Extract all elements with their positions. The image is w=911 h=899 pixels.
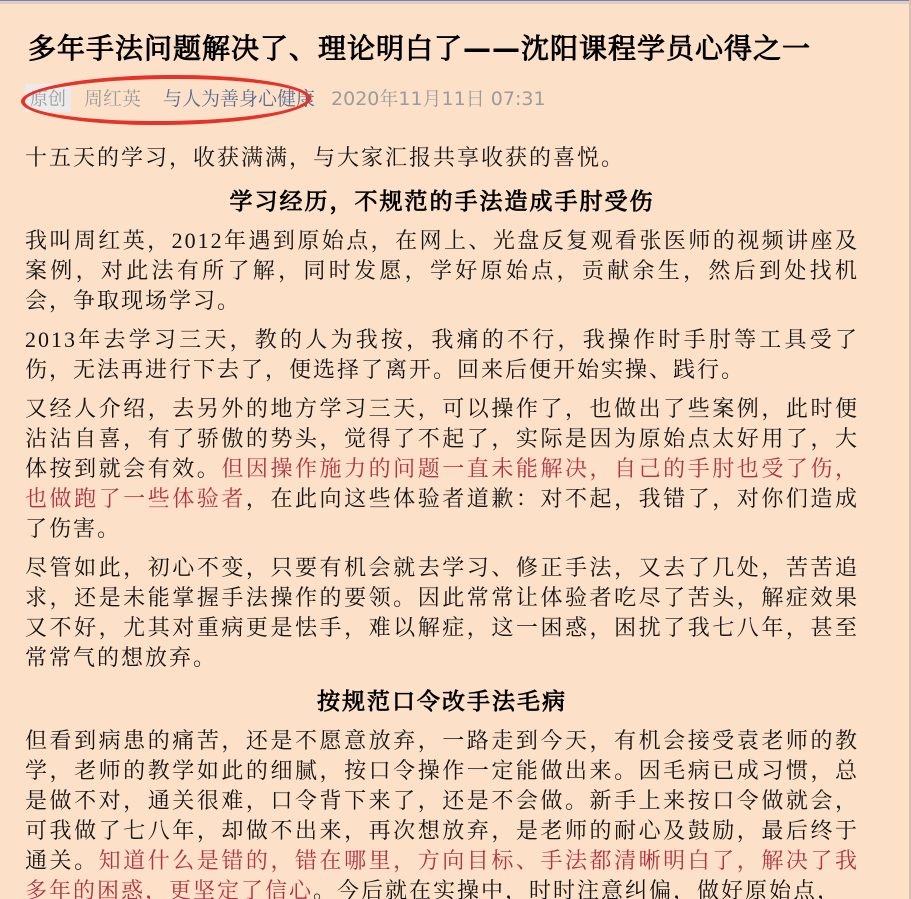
text-segment: 。今后就在实操中，时时注意纠偏，做好原始点， (313, 878, 841, 899)
publish-datetime: 2020年11月11日 07:31 (331, 84, 546, 111)
author-name: 周红英 (84, 84, 141, 111)
paragraph: 又经人介绍，去另外的地方学习三天，可以操作了，也做出了些案例，此时便沾沾自喜，有… (25, 394, 859, 544)
article-title: 多年手法问题解决了、理论明白了——沈阳课程学员心得之一 (28, 30, 859, 68)
text-segment: 尽管如此，初心不变，只要有机会就去学习、修正手法，又去了几处，苦苦追求，还是未能… (25, 555, 859, 670)
article-body: 十五天的学习，收获满满，与大家汇报共享收获的喜悦。学习经历，不规范的手法造成手肘… (25, 143, 859, 899)
article-container: 多年手法问题解决了、理论明白了——沈阳课程学员心得之一 原创 周红英 与人为善身… (0, 30, 909, 899)
article-page: { "window": { "top_strip_color": "#d7ced… (0, 0, 911, 899)
text-segment: 十五天的学习，收获满满，与大家汇报共享收获的喜悦。 (25, 145, 625, 170)
paragraph: 尽管如此，初心不变，只要有机会就去学习、修正手法，又去了几处，苦苦追求，还是未能… (25, 553, 859, 673)
account-link[interactable]: 与人为善身心健康 (163, 84, 315, 111)
paragraph: 十五天的学习，收获满满，与大家汇报共享收获的喜悦。 (25, 143, 859, 173)
paragraph: 2013年去学习三天，教的人为我按，我痛的不行，我操作时手肘等工具受了伤，无法再… (25, 325, 859, 385)
text-segment: 我叫周红英，2012年遇到原始点，在网上、光盘反复观看张医师的视频讲座及案例，对… (25, 228, 859, 313)
section-heading: 按规范口令改手法毛病 (25, 687, 859, 717)
original-badge: 原创 (25, 84, 71, 112)
paragraph: 但看到病患的痛苦，还是不愿意放弃，一路走到今天，有机会接受袁老师的教学，老师的教… (25, 726, 859, 899)
byline: 原创 周红英 与人为善身心健康 2020年11月11日 07:31 (25, 84, 859, 111)
window-top-edge (0, 0, 909, 4)
paragraph: 我叫周红英，2012年遇到原始点，在网上、光盘反复观看张医师的视频讲座及案例，对… (25, 226, 859, 316)
section-heading: 学习经历，不规范的手法造成手肘受伤 (25, 187, 859, 217)
text-segment: 2013年去学习三天，教的人为我按，我痛的不行，我操作时手肘等工具受了伤，无法再… (25, 327, 859, 382)
